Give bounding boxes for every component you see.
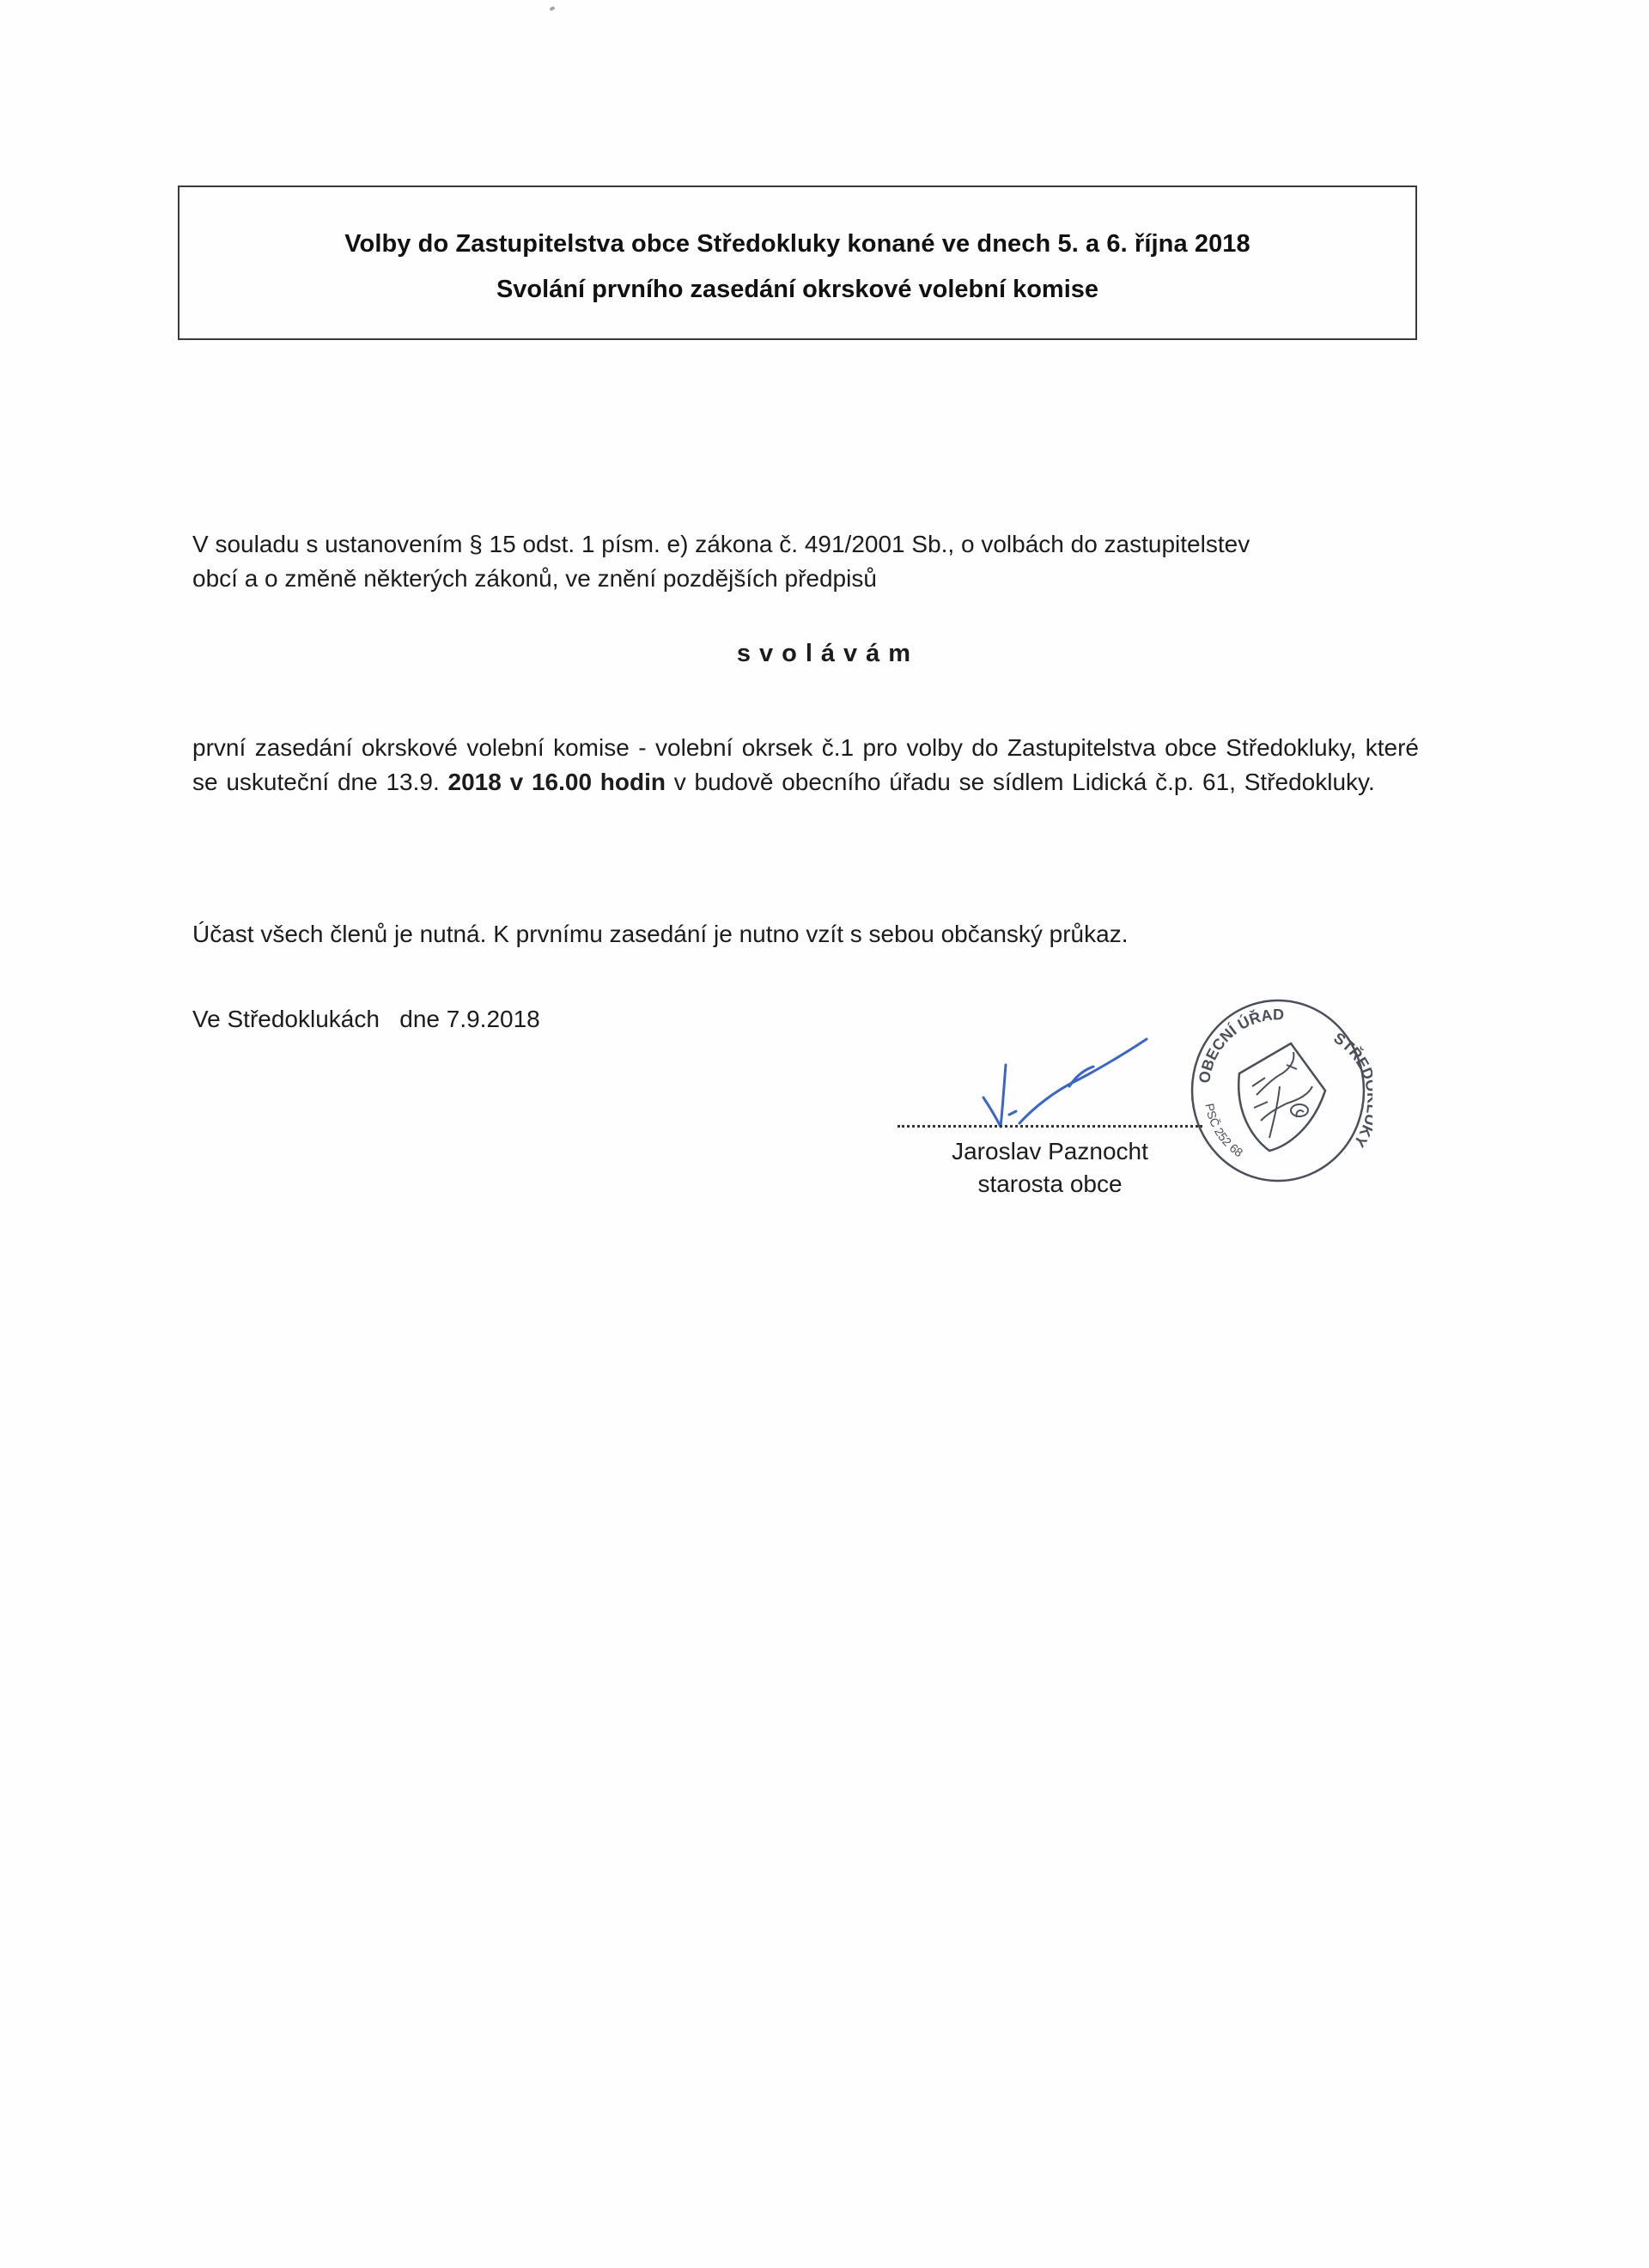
document-subtitle: Svolání prvního zasedání okrskové volebn… [180, 276, 1415, 304]
document-page: Volby do Zastupitelstva obce Středokluky… [0, 0, 1649, 2268]
convene-word: svolávám [0, 640, 1649, 668]
handwritten-signature [949, 1022, 1155, 1134]
stamp-right-text: STŘEDOKLUKY [1330, 1029, 1372, 1150]
document-title: Volby do Zastupitelstva obce Středokluky… [180, 230, 1415, 258]
legal-basis-line-1: V souladu s ustanovením § 15 odst. 1 pís… [192, 531, 1250, 557]
legal-basis-line-2: obcí a o změně některých zákonů, ve zněn… [192, 562, 1419, 596]
signature-block: Jaroslav Paznocht starosta obce [898, 1013, 1207, 1211]
stamp-left-text: PSČ 252 68 [1202, 1103, 1245, 1160]
scan-speck [549, 6, 555, 11]
signer-name: Jaroslav Paznocht [898, 1138, 1202, 1165]
meeting-paragraph: první zasedání okrskové volební komise -… [192, 731, 1419, 800]
coat-of-arms-icon [1238, 1043, 1325, 1151]
official-stamp-icon: OBECNÍ ÚŘAD STŘEDOKLUKY PSČ 252 68 [1184, 992, 1372, 1189]
meeting-time: 2018 v 16.00 hodin [448, 769, 666, 795]
attendance-paragraph: Účast všech členů je nutná. K prvnímu za… [192, 917, 1419, 952]
header-box: Volby do Zastupitelstva obce Středokluky… [178, 185, 1417, 340]
legal-basis-paragraph: V souladu s ustanovením § 15 odst. 1 pís… [192, 527, 1419, 596]
signature-line [898, 1125, 1202, 1128]
meeting-text-part-2: v budově obecního úřadu se sídlem Lidick… [666, 769, 1375, 795]
signer-role: starosta obce [898, 1170, 1202, 1198]
